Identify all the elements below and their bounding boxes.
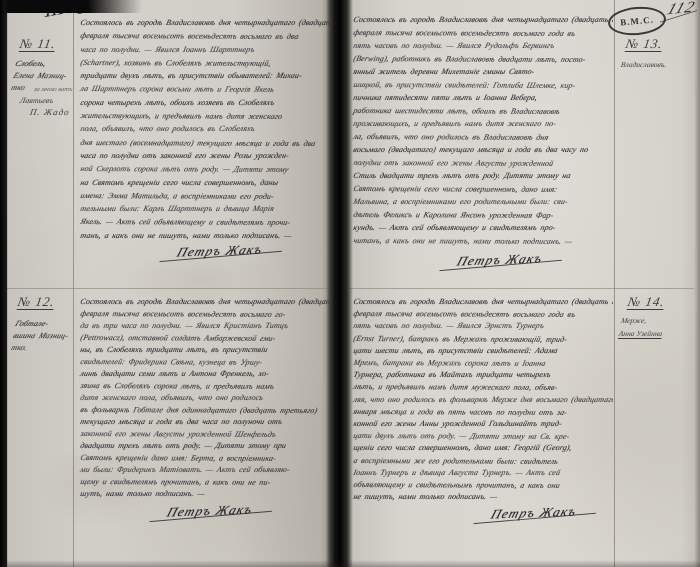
circled-mark: 8 — [75, 1, 88, 14]
handwritten-line: читанъ, а какъ они не пишутъ, нами тольк… — [352, 234, 613, 247]
handwritten-line: ми были: Фридерикъ Матіоватъ. — Актъ сей… — [79, 464, 330, 476]
handwritten-line: вшина Мазниц- — [11, 330, 70, 342]
handwritten-line: текущаго мѣсяца и года въ два часа по по… — [79, 416, 330, 428]
handwritten-line: пять часовъ по полудни. — Явился Эрнстъ … — [352, 320, 613, 332]
handwritten-line: Якель. — Актъ сей объявляющему и свидѣте… — [79, 215, 330, 229]
handwritten-line: Іоаннъ Турнеръ и дѣвица Августа Турнеръ.… — [352, 467, 613, 479]
margin-clerk-note: Лавтьевъ — [19, 96, 54, 105]
handwritten-line: Состоялось въ городѣ Владиславовѣ дня че… — [79, 296, 330, 308]
handwritten-line: на Святомъ крещеніи сего числа совершенн… — [79, 176, 330, 189]
margin-annotation-14: Мерже, Анна Узейнна — [618, 314, 666, 340]
registrar-signature-11: Петръ Жакъ — [175, 242, 265, 261]
margin-small-note-11: за мною ватъ — [33, 86, 73, 93]
handwritten-line: кундъ. — Актъ сей объявляющему и свидѣте… — [352, 221, 613, 234]
handwritten-line: тридцати двухъ лѣтъ, въ присутствіи обыв… — [79, 69, 330, 82]
handwritten-line: часа по полудни отъ законной его жены Ро… — [79, 149, 330, 162]
handwritten-line: цати шести лѣтъ, въ присутствіи свидѣтел… — [352, 345, 613, 357]
record-number-11: № 11. — [19, 36, 58, 52]
handwritten-line: линѣ двадцати семи лѣтъ и Антона Френкел… — [79, 368, 330, 380]
handwritten-line: Гобтале- — [13, 318, 72, 330]
register-scan: 1118 8 № 11. Слобель,Елена Мазниц-тко за… — [0, 0, 700, 567]
handwritten-line: пола, объявилъ, что оно родилось въ Слоб… — [79, 122, 330, 135]
handwritten-line: Турнера, работника въ Майтахъ тридцати ч… — [352, 369, 613, 381]
margin-place-name: Мерже, — [620, 314, 666, 327]
handwritten-line: шутъ, нами только подписанъ. — — [79, 488, 330, 500]
handwritten-line: тельными были: Карлъ Шарттнеръ и дѣвица … — [79, 202, 330, 215]
handwritten-line: ны, въ Слобеляхъ тридцати лѣтъ, въ прису… — [79, 344, 330, 356]
margin-annotation-13: Владиславовъ. — [620, 60, 667, 69]
left-margin-rule — [73, 0, 74, 567]
record-entry-14: Состоялось въ городѣ Владиславовѣ дня че… — [352, 296, 613, 503]
handwritten-line: Стиль двадцати трехъ лѣтъ отъ роду. Дитя… — [352, 169, 613, 182]
entry-separator-left — [7, 288, 331, 289]
record-number-13: № 13. — [625, 36, 665, 52]
handwritten-line: Мальвина, а воспріемниками его родительн… — [352, 195, 613, 208]
handwritten-line: Состоялось въ городѣ Владиславовѣ дня че… — [352, 296, 613, 308]
entry-separator-right — [348, 288, 694, 289]
handwritten-line: ла Шарттнеръ сорока восьми лѣтъ и Георгі… — [79, 82, 330, 96]
handwritten-line: не пишутъ, нами только подписанъ. — — [352, 491, 613, 503]
handwritten-line: двадцати трехъ лѣтъ отъ роду. — Дитяти э… — [79, 440, 330, 452]
registrar-signature-13: Петръ Жакъ — [455, 251, 545, 270]
handwritten-line: сорока четырехъ лѣтъ, обоихъ хозяевъ въ … — [79, 96, 330, 109]
registrar-signature-12: Петръ Жакъ — [165, 502, 255, 521]
handwritten-line: ной Скерлотъ сорока лѣтъ отъ роду. — Дит… — [79, 162, 330, 176]
handwritten-line: янный житель деревни Михетаніе гмины Свя… — [352, 65, 613, 78]
handwritten-line: Елена Мазниц- — [11, 70, 69, 82]
handwritten-line: конной его жены Анны урожденной Гольдшна… — [352, 418, 613, 430]
margin-person-name: Анна Узейнна — [618, 327, 664, 340]
record-entry-12: Состоялось въ городѣ Владиславовѣ дня че… — [79, 296, 330, 500]
handwritten-line: тко. — [9, 342, 68, 354]
handwritten-line: а воспріемными же его родительками были:… — [352, 455, 613, 468]
handwritten-line: да въ три часа по полудни. — Явился Крис… — [79, 320, 330, 332]
handwritten-line: пичника пятидесяти пяти лѣтъ и Іоанна Ве… — [352, 91, 613, 104]
handwritten-line: часа по полудни. — Явился Іоаннъ Шарттне… — [79, 43, 330, 56]
right-margin-rule — [614, 0, 615, 567]
record-number-12: № 12. — [17, 294, 57, 310]
margin-clerk-initials: П. Жадо — [29, 107, 71, 117]
handwritten-line: (Ernst Turner), батракъ въ Мержахъ прожи… — [352, 333, 613, 346]
handwritten-line: Состоялось въ городѣ Владиславовѣ дня че… — [352, 13, 613, 26]
handwritten-line: февраля тысяча восемьсотъ восемьдесятъ в… — [79, 29, 330, 43]
record-entry-11: Состоялось въ городѣ Владиславовѣ дня че… — [79, 16, 330, 242]
handwritten-line: восьмаго (двадцатаго) текущаго мѣсяца и … — [352, 143, 613, 156]
handwritten-line: ляя, что оно родилось въ фольваркѣ Мерже… — [352, 394, 613, 406]
handwritten-line: Слобель, — [13, 58, 71, 70]
handwritten-line: щеніи сего числа совершенномъ, дано имя:… — [352, 442, 613, 454]
handwritten-line: проживающихъ, и предъявилъ намъ дитя жен… — [352, 117, 613, 130]
handwritten-line: Состоялось въ городѣ Владиславовѣ дня че… — [79, 16, 330, 29]
margin-annotation-12: Гобтале-вшина Мазниц-тко. — [9, 318, 70, 354]
registrar-signature-14: Петръ Жакъ — [489, 504, 579, 523]
record-number-14: № 14. — [627, 294, 667, 310]
record-entry-13: Состоялось въ городѣ Владиславовѣ дня че… — [352, 13, 613, 247]
handwritten-line: дня шестаго (восемнадцатаго) текущаго мѣ… — [79, 136, 330, 150]
handwritten-line: лѣтъ, и предъявилъ намъ дитя мужескаго п… — [352, 381, 613, 394]
stamp-text: В.М.С. — [620, 15, 654, 28]
handwritten-line: танъ, а какъ они не пишутъ, нами только … — [79, 229, 330, 242]
handwritten-line: дитя женскаго пола, объявилъ, что оно ро… — [79, 392, 330, 404]
handwritten-line: пять часовъ по полудни. — Явился Рудольф… — [352, 39, 613, 52]
